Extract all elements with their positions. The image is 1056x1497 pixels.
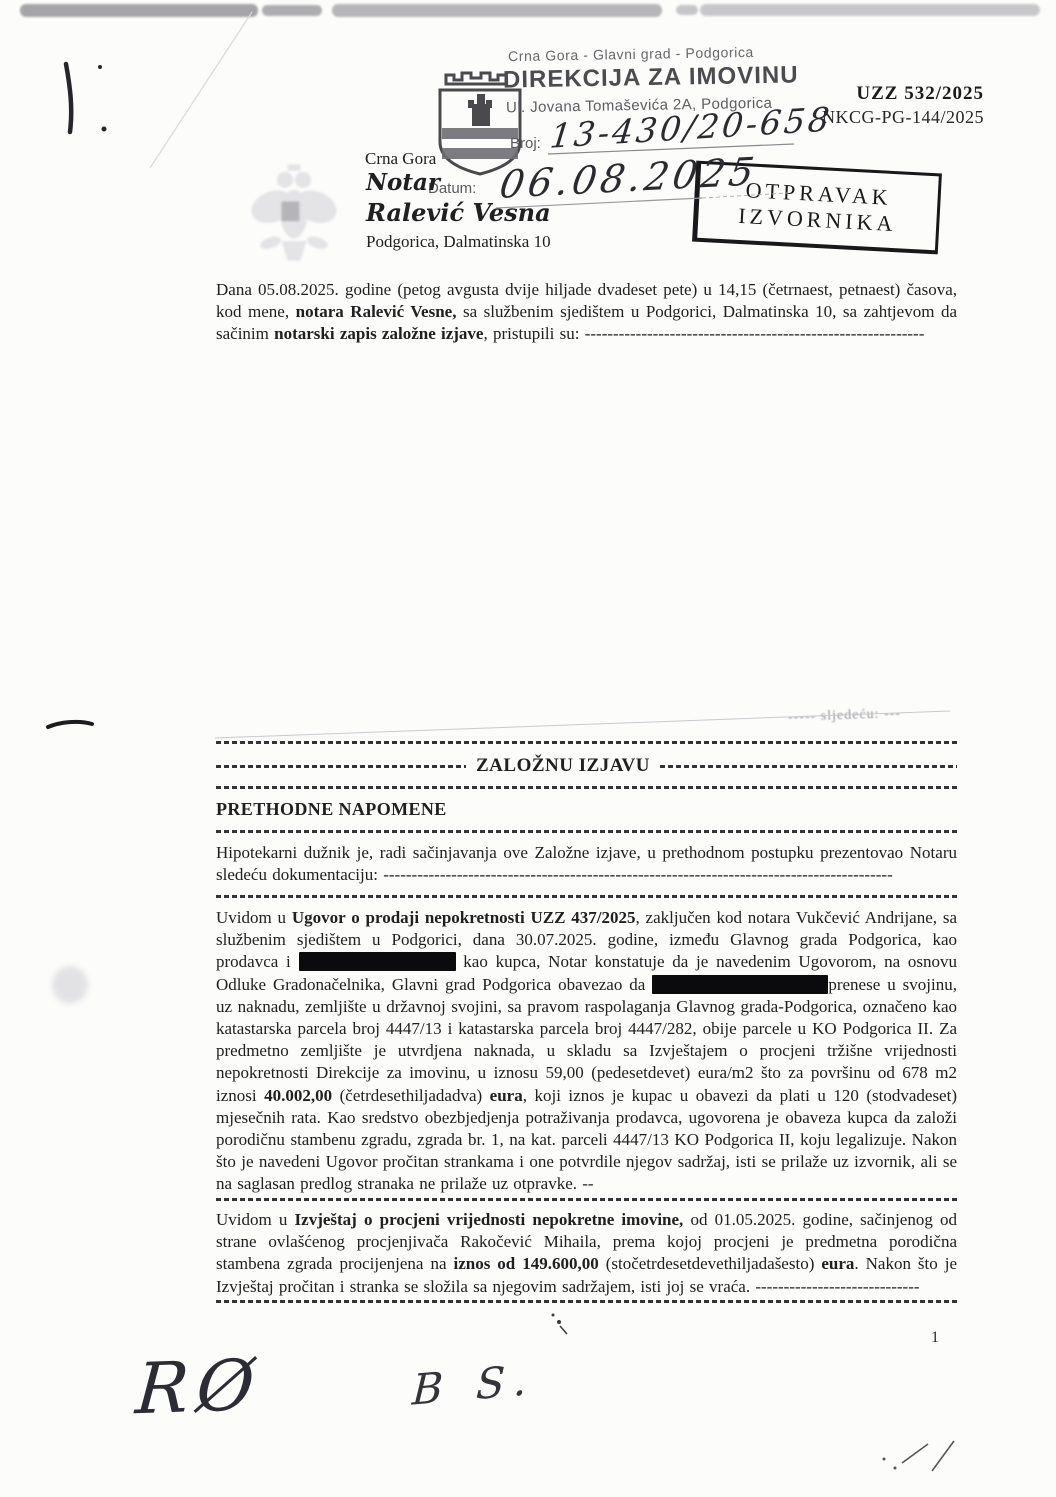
montenegro-eagle-emblem-icon [248,160,340,273]
dashed-separator [216,895,957,898]
intro-paragraph: Dana 05.08.2025. godine (petog avgusta d… [216,279,957,346]
scan-artifact-band [332,4,662,17]
scan-artifact-band [676,5,698,15]
paragraph-izvjestaj: Uvidom u Izvještaj o procjeni vrijednost… [216,1209,957,1298]
notary-title: Notar [366,169,440,196]
redaction-bar [299,952,456,971]
notary-country: Crna Gora [365,149,436,169]
redaction-bar [652,975,828,994]
dashed-separator [216,786,957,789]
zaloznu-izjavu-title-row: ZALOŽNU IZJAVU [216,755,957,777]
handwritten-monogram-left: RØ [133,1344,265,1431]
scanned-document-page: Crna Gora - Glavni grad - Podgorica DIRE… [0,0,1056,1497]
page-number: 1 [931,1329,939,1347]
dashed-separator [216,765,466,768]
section-heading-prethodne-napomene: PRETHODNE NAPOMENE [216,799,447,820]
dashed-separator [660,765,957,768]
stamp-broj-label: Broj: [510,135,541,152]
notary-address: Podgorica, Dalmatinska 10 [366,232,551,252]
stamp-header-line: Crna Gora - Glavni grad - Podgorica [508,44,754,64]
paragraph-dokumentacija: Hipotekarni dužnik je, radi sačinjavanja… [216,842,957,886]
dashed-separator [216,741,957,744]
stamp-org-name: DIREKCIJA ZA IMOVINU [503,61,799,94]
handwritten-initials-center: B S. [411,1354,538,1414]
ink-smudge [52,966,88,1004]
dashed-separator [216,1198,957,1201]
scan-artifact-band [262,5,322,16]
dashed-separator [216,1300,957,1303]
scan-artifact-band [20,4,258,17]
scan-text-fragment: ----- sljedeću: --- [788,706,902,726]
case-number-nkcg: NKCG-PG-144/2025 [822,107,984,128]
scan-artifact-band [700,4,1040,16]
case-number-uzz: UZZ 532/2025 [856,83,984,105]
zaloznu-izjavu-title: ZALOŽNU IZJAVU [476,755,650,777]
dashed-separator [216,830,957,833]
paragraph-ugovor: Uvidom u Ugovor o prodaji nepokretnosti … [216,907,957,1196]
